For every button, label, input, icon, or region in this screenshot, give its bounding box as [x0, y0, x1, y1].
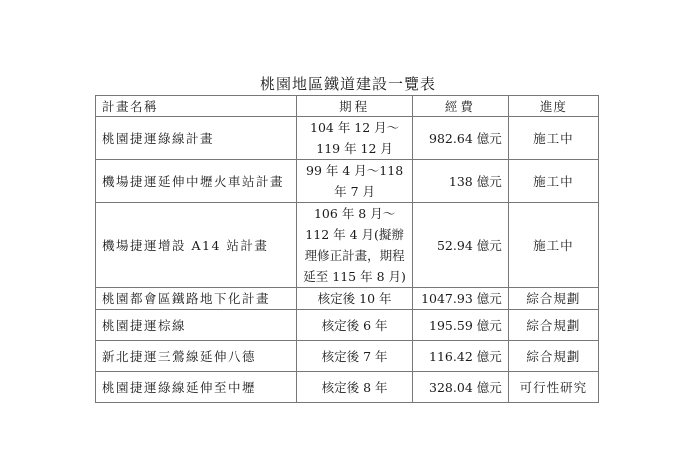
- cell-project-name: 新北捷運三鶯線延伸八德: [96, 341, 297, 372]
- document-title: 桃園地區鐵道建設一覽表: [0, 73, 696, 94]
- cell-schedule: 核定後 8 年: [297, 372, 413, 403]
- cell-status: 施工中: [508, 117, 598, 160]
- table-row: 新北捷運三鶯線延伸八德 核定後 7 年 116.42 億元 綜合規劃: [96, 341, 599, 372]
- header-schedule: 期程: [297, 96, 413, 117]
- table-row: 機場捷運延伸中壢火車站計畫 99 年 4 月～118 年 7 月 138 億元 …: [96, 160, 599, 203]
- cell-project-name: 機場捷運增設 A14 站計畫: [96, 203, 297, 288]
- cell-budget: 52.94 億元: [413, 203, 509, 288]
- cell-project-name: 機場捷運延伸中壢火車站計畫: [96, 160, 297, 203]
- header-status: 進度: [508, 96, 598, 117]
- cell-project-name: 桃園捷運棕線: [96, 310, 297, 341]
- cell-project-name: 桃園捷運綠線延伸至中壢: [96, 372, 297, 403]
- table-row: 桃園都會區鐵路地下化計畫 核定後 10 年 1047.93 億元 綜合規劃: [96, 288, 599, 310]
- cell-status: 施工中: [508, 203, 598, 288]
- cell-status: 綜合規劃: [508, 310, 598, 341]
- table-row: 桃園捷運棕線 核定後 6 年 195.59 億元 綜合規劃: [96, 310, 599, 341]
- cell-schedule: 核定後 10 年: [297, 288, 413, 310]
- cell-budget: 138 億元: [413, 160, 509, 203]
- header-project-name: 計畫名稱: [96, 96, 297, 117]
- cell-budget: 195.59 億元: [413, 310, 509, 341]
- cell-status: 綜合規劃: [508, 341, 598, 372]
- cell-project-name: 桃園捷運綠線計畫: [96, 117, 297, 160]
- cell-budget: 1047.93 億元: [413, 288, 509, 310]
- table-row: 桃園捷運綠線延伸至中壢 核定後 8 年 328.04 億元 可行性研究: [96, 372, 599, 403]
- header-budget: 經費: [413, 96, 509, 117]
- table-row: 桃園捷運綠線計畫 104 年 12 月～119 年 12 月 982.64 億元…: [96, 117, 599, 160]
- cell-schedule: 106 年 8 月～112 年 4 月(擬辦理修正計畫，期程延至 115 年 8…: [297, 203, 413, 288]
- cell-budget: 982.64 億元: [413, 117, 509, 160]
- cell-schedule: 核定後 6 年: [297, 310, 413, 341]
- cell-schedule: 核定後 7 年: [297, 341, 413, 372]
- cell-budget: 328.04 億元: [413, 372, 509, 403]
- cell-status: 施工中: [508, 160, 598, 203]
- table-header-row: 計畫名稱 期程 經費 進度: [96, 96, 599, 117]
- cell-schedule: 104 年 12 月～119 年 12 月: [297, 117, 413, 160]
- cell-status: 可行性研究: [508, 372, 598, 403]
- cell-status: 綜合規劃: [508, 288, 598, 310]
- table-row: 機場捷運增設 A14 站計畫 106 年 8 月～112 年 4 月(擬辦理修正…: [96, 203, 599, 288]
- cell-project-name: 桃園都會區鐵路地下化計畫: [96, 288, 297, 310]
- rail-projects-table: 計畫名稱 期程 經費 進度 桃園捷運綠線計畫 104 年 12 月～119 年 …: [95, 95, 599, 403]
- cell-budget: 116.42 億元: [413, 341, 509, 372]
- cell-schedule: 99 年 4 月～118 年 7 月: [297, 160, 413, 203]
